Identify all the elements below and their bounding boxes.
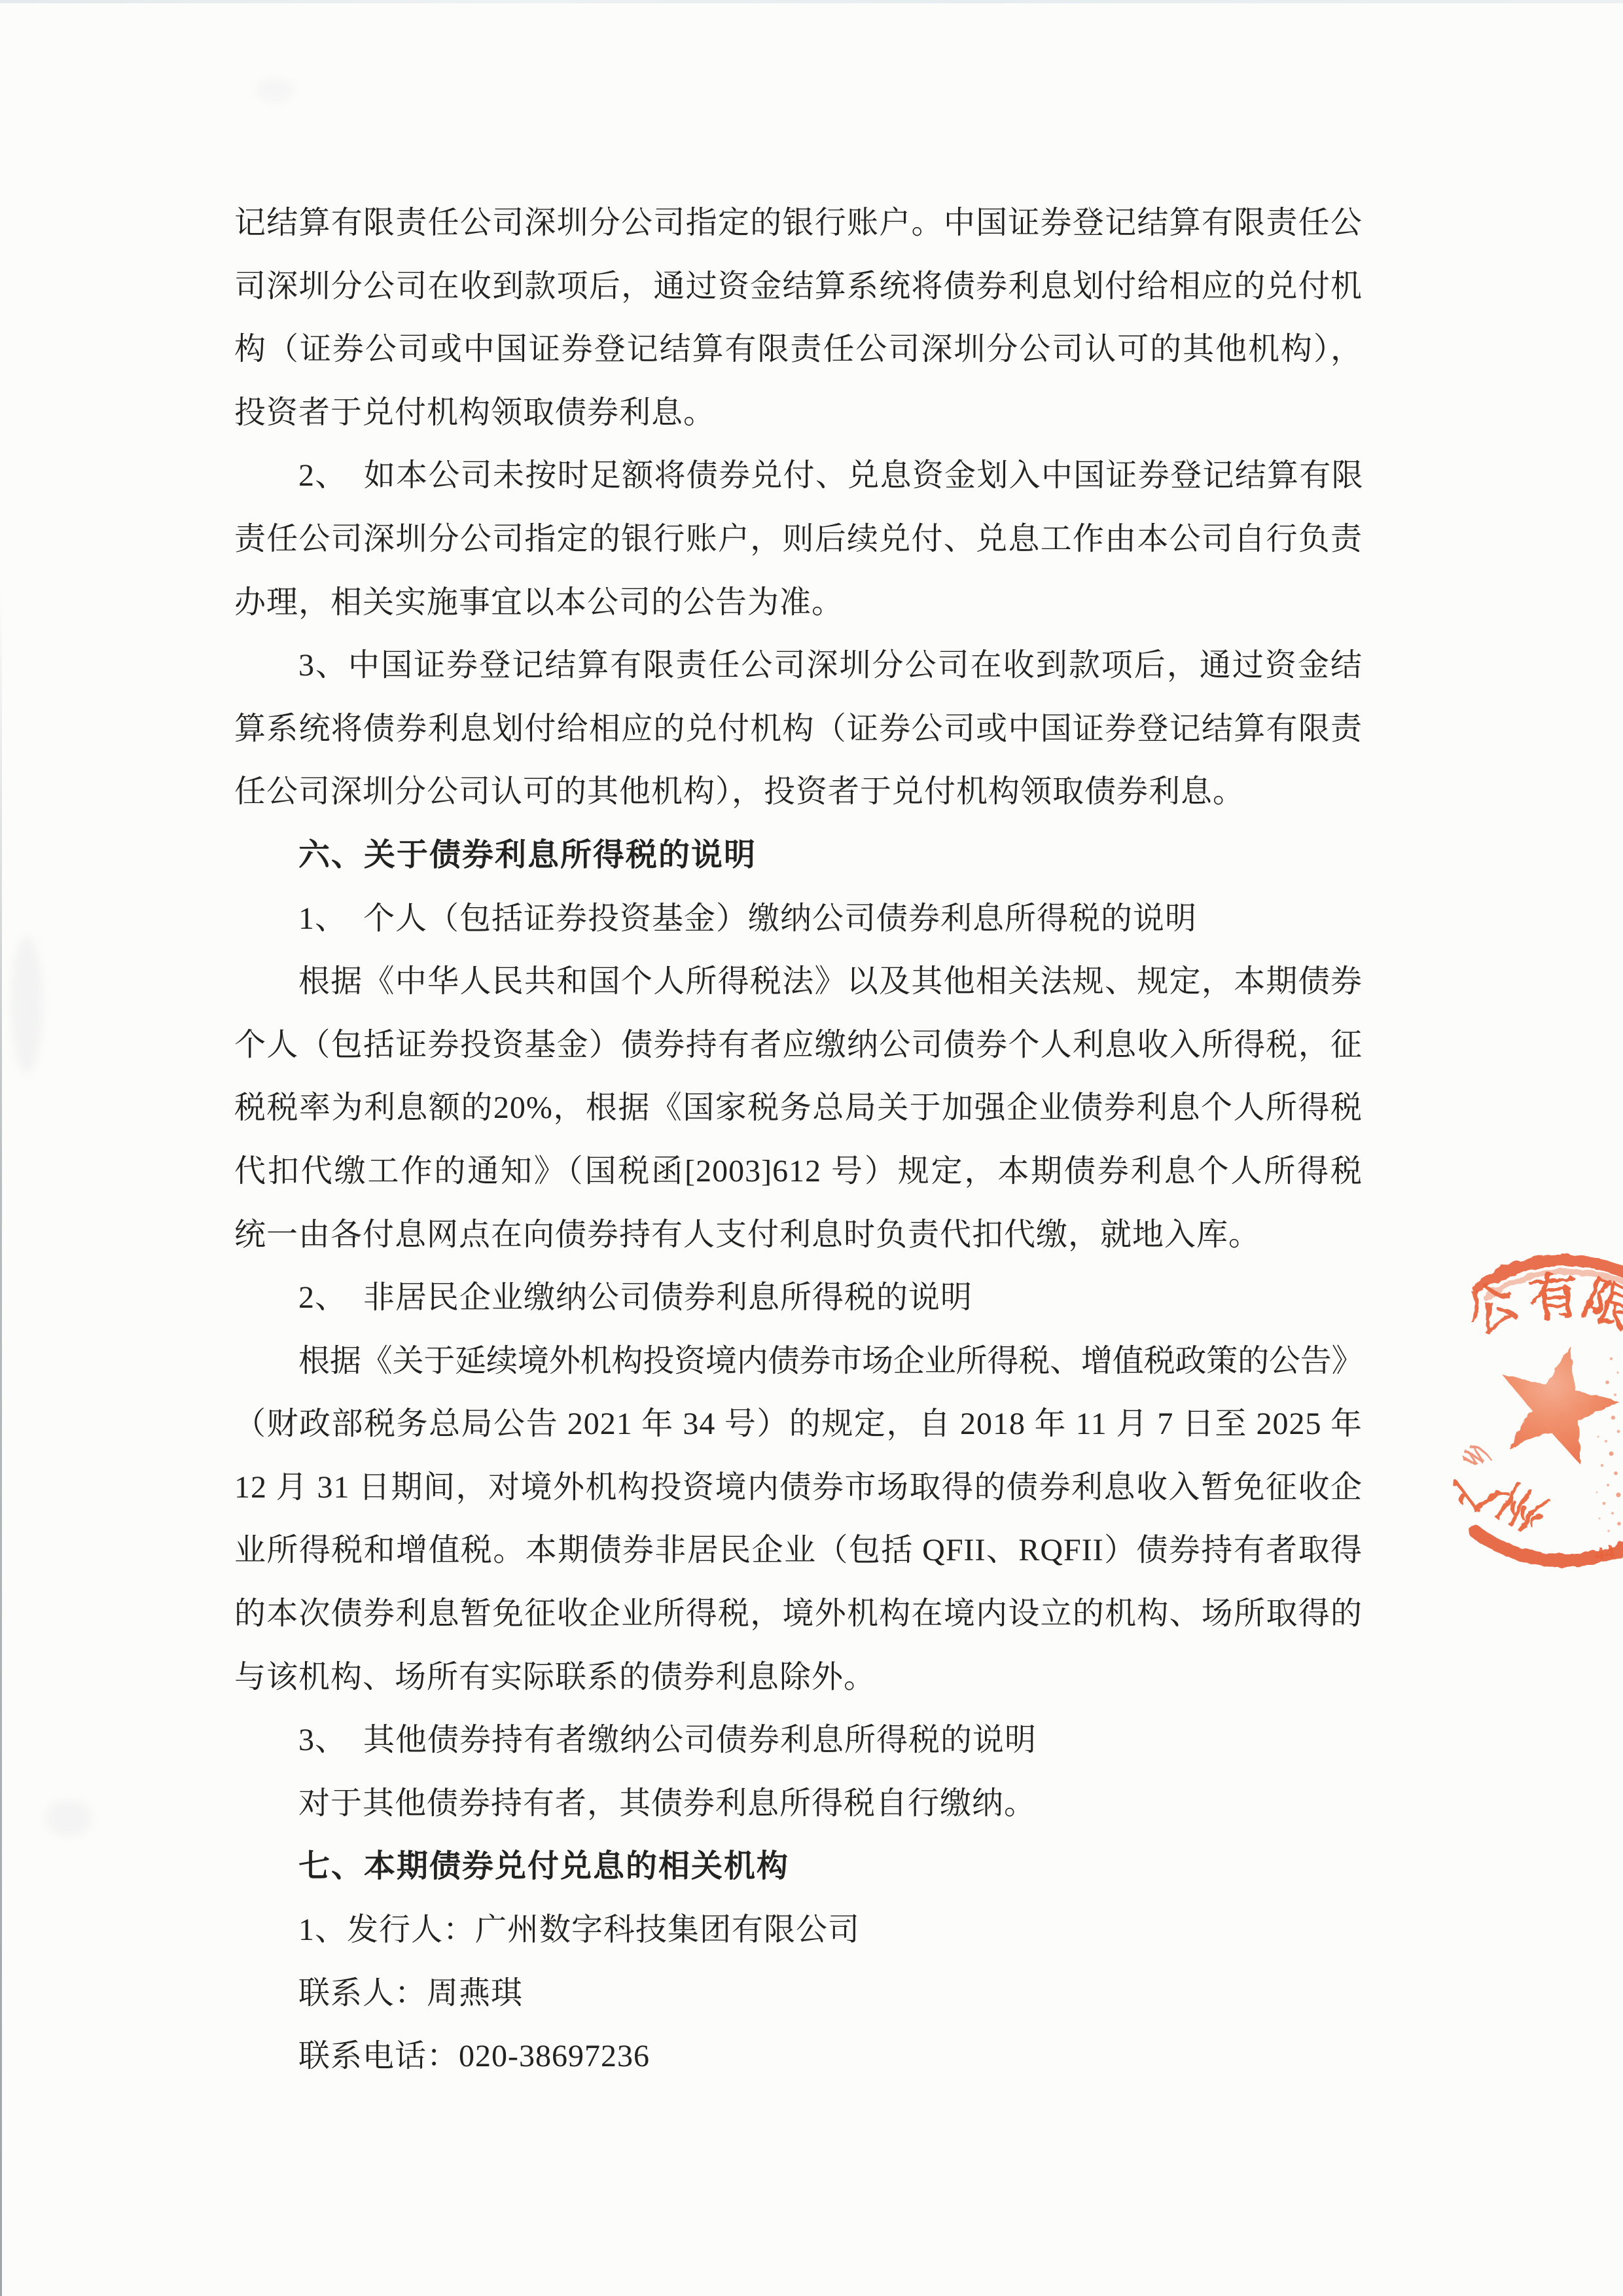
heading-line: 六、关于债券利息所得税的说明 [234,824,1363,888]
seal-ring-top-arc [1478,1260,1623,1287]
text-line: 税税率为利息额的20%，根据《国家税务总局关于加强企业债券利息个人所得税 [234,1077,1363,1140]
text-line: 1、发行人：广州数字科技集团有限公司 [234,1899,1363,1962]
text-line: 代扣代缴工作的通知》（国税函[2003]612 号）规定，本期债券利息个人所得税 [234,1140,1363,1204]
text-line: 1、 个人（包括证券投资基金）缴纳公司债券利息所得税的说明 [234,888,1363,951]
scan-smudge [12,936,42,1073]
text-line: 算系统将债券利息划付给相应的兑付机构（证券公司或中国证券登记结算有限责 [234,698,1363,761]
seal-ring-top-arc-smear [1486,1272,1623,1297]
text-line: 业所得税和增值税。本期债券非居民企业（包括 QFII、RQFII）债券持有者取得 [234,1519,1363,1583]
text-line: （财政部税务总局公告 2021 年 34 号）的规定，自 2018 年 11 月… [234,1393,1363,1456]
text-line: 个人（包括证券投资基金）债券持有者应缴纳公司债券个人利息收入所得税，征 [234,1014,1363,1077]
text-line: 司深圳分公司在收到款项后，通过资金结算系统将债券利息划付给相应的兑付机 [234,255,1363,319]
text-line: 3、 其他债券持有者缴纳公司债券利息所得税的说明 [234,1709,1363,1772]
heading-line: 七、本期债券兑付兑息的相关机构 [234,1835,1363,1899]
seal-character: 限 [1576,1271,1623,1340]
scanned-document-page: 记结算有限责任公司深圳分公司指定的银行账户。中国证券登记结算有限责任公司深圳分公… [0,0,1623,2296]
text-line: 2、 非居民企业缴纳公司债券利息所得税的说明 [234,1266,1363,1330]
scan-edge-artifact-top [0,0,1623,3]
seal-ink-speckles [1596,1357,1621,1532]
scan-edge-artifact-left [0,589,2,2296]
text-line: 投资者于兑付机构领取债券利息。 [234,382,1363,445]
text-line: 统一由各付息网点在向债券持有人支付利息时负责代扣代缴，就地入库。 [234,1204,1363,1267]
seal-character-faint: 乡 [1457,1435,1497,1473]
seal-character: 广 [1446,1453,1514,1522]
text-line: 任公司深圳分公司认可的其他机构），投资者于兑付机构领取债券利息。 [234,761,1363,824]
seal-number: 44 [1592,1540,1616,1566]
text-line: 根据《关于延续境外机构投资境内债券市场企业所得税、增值税政策的公告》 [234,1330,1363,1393]
text-line: 与该机构、场所有实际联系的债券利息除外。 [234,1646,1363,1710]
text-line: 的本次债券利息暂免征收企业所得税，境外机构在境内设立的机构、场所取得的 [234,1583,1363,1646]
text-line: 责任公司深圳分公司指定的银行账户，则后续兑付、兑息工作由本公司自行负责 [234,508,1363,571]
scan-smudge [46,1800,92,1837]
scan-smudge [255,79,294,102]
seal-ring-bottom-arc [1476,1532,1623,1561]
company-seal: 公 有 限 广 州 乡 44 [1446,1211,1623,1590]
text-line: 2、 如本公司未按时足额将债券兑付、兑息资金划入中国证券登记结算有限 [234,444,1363,508]
document-body: 记结算有限责任公司深圳分公司指定的银行账户。中国证券登记结算有限责任公司深圳分公… [234,192,1363,2089]
text-line: 根据《中华人民共和国个人所得税法》以及其他相关法规、规定，本期债券 [234,950,1363,1014]
text-line: 记结算有限责任公司深圳分公司指定的银行账户。中国证券登记结算有限责任公 [234,192,1363,255]
seal-character: 有 [1526,1268,1581,1327]
seal-character: 州 [1489,1473,1556,1541]
text-line: 办理，相关实施事宜以本公司的公告为准。 [234,571,1363,635]
text-line: 联系人：周燕琪 [234,1962,1363,2026]
text-line: 构（证券公司或中国证券登记结算有限责任公司深圳分公司认可的其他机构）， [234,318,1363,382]
seal-character: 公 [1457,1273,1527,1346]
text-line: 联系电话：020-38697236 [234,2025,1363,2089]
text-line: 12 月 31 日期间，对境外机构投资境内债券市场取得的债券利息收入暂免征收企 [234,1456,1363,1520]
seal-star-icon [1487,1333,1623,1470]
text-line: 对于其他债券持有者，其债券利息所得税自行缴纳。 [234,1772,1363,1836]
text-line: 3、中国证券登记结算有限责任公司深圳分公司在收到款项后，通过资金结 [234,634,1363,698]
